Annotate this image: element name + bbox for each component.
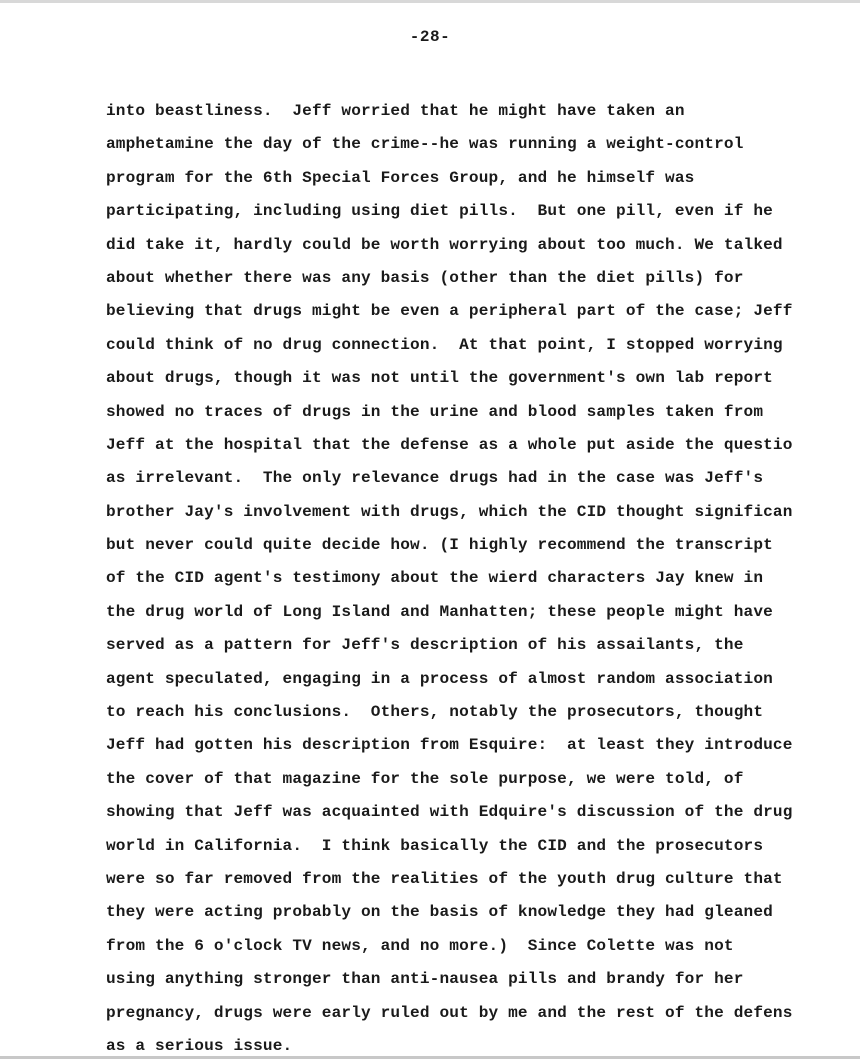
text-line: from the 6 o'clock TV news, and no more.… bbox=[106, 930, 860, 963]
text-line: world in California. I think basically t… bbox=[106, 830, 860, 863]
text-line: showing that Jeff was acquainted with Ed… bbox=[106, 796, 860, 829]
text-line: into beastliness. Jeff worried that he m… bbox=[106, 95, 860, 128]
text-line: served as a pattern for Jeff's descripti… bbox=[106, 629, 860, 662]
text-line: Jeff at the hospital that the defense as… bbox=[106, 429, 860, 462]
text-line: Jeff had gotten his description from Esq… bbox=[106, 729, 860, 762]
text-line: did take it, hardly could be worth worry… bbox=[106, 229, 860, 262]
text-line: about drugs, though it was not until the… bbox=[106, 362, 860, 395]
text-line: participating, including using diet pill… bbox=[106, 195, 860, 228]
page-number: -28- bbox=[0, 28, 860, 46]
text-line: as irrelevant. The only relevance drugs … bbox=[106, 462, 860, 495]
text-line: amphetamine the day of the crime--he was… bbox=[106, 128, 860, 161]
text-line: could think of no drug connection. At th… bbox=[106, 329, 860, 362]
text-line: to reach his conclusions. Others, notabl… bbox=[106, 696, 860, 729]
text-line: the drug world of Long Island and Manhat… bbox=[106, 596, 860, 629]
text-line: about whether there was any basis (other… bbox=[106, 262, 860, 295]
body-text: into beastliness. Jeff worried that he m… bbox=[106, 95, 860, 1059]
top-border bbox=[0, 0, 860, 3]
text-line: brother Jay's involvement with drugs, wh… bbox=[106, 496, 860, 529]
text-line: but never could quite decide how. (I hig… bbox=[106, 529, 860, 562]
text-line: agent speculated, engaging in a process … bbox=[106, 663, 860, 696]
text-line: of the CID agent's testimony about the w… bbox=[106, 562, 860, 595]
text-line: as a serious issue. bbox=[106, 1030, 860, 1059]
text-line: the cover of that magazine for the sole … bbox=[106, 763, 860, 796]
text-line: pregnancy, drugs were early ruled out by… bbox=[106, 997, 860, 1030]
text-line: believing that drugs might be even a per… bbox=[106, 295, 860, 328]
text-line: were so far removed from the realities o… bbox=[106, 863, 860, 896]
text-line: showed no traces of drugs in the urine a… bbox=[106, 396, 860, 429]
text-line: using anything stronger than anti-nausea… bbox=[106, 963, 860, 996]
text-line: they were acting probably on the basis o… bbox=[106, 896, 860, 929]
text-line: program for the 6th Special Forces Group… bbox=[106, 162, 860, 195]
document-page: -28- into beastliness. Jeff worried that… bbox=[0, 0, 860, 1059]
